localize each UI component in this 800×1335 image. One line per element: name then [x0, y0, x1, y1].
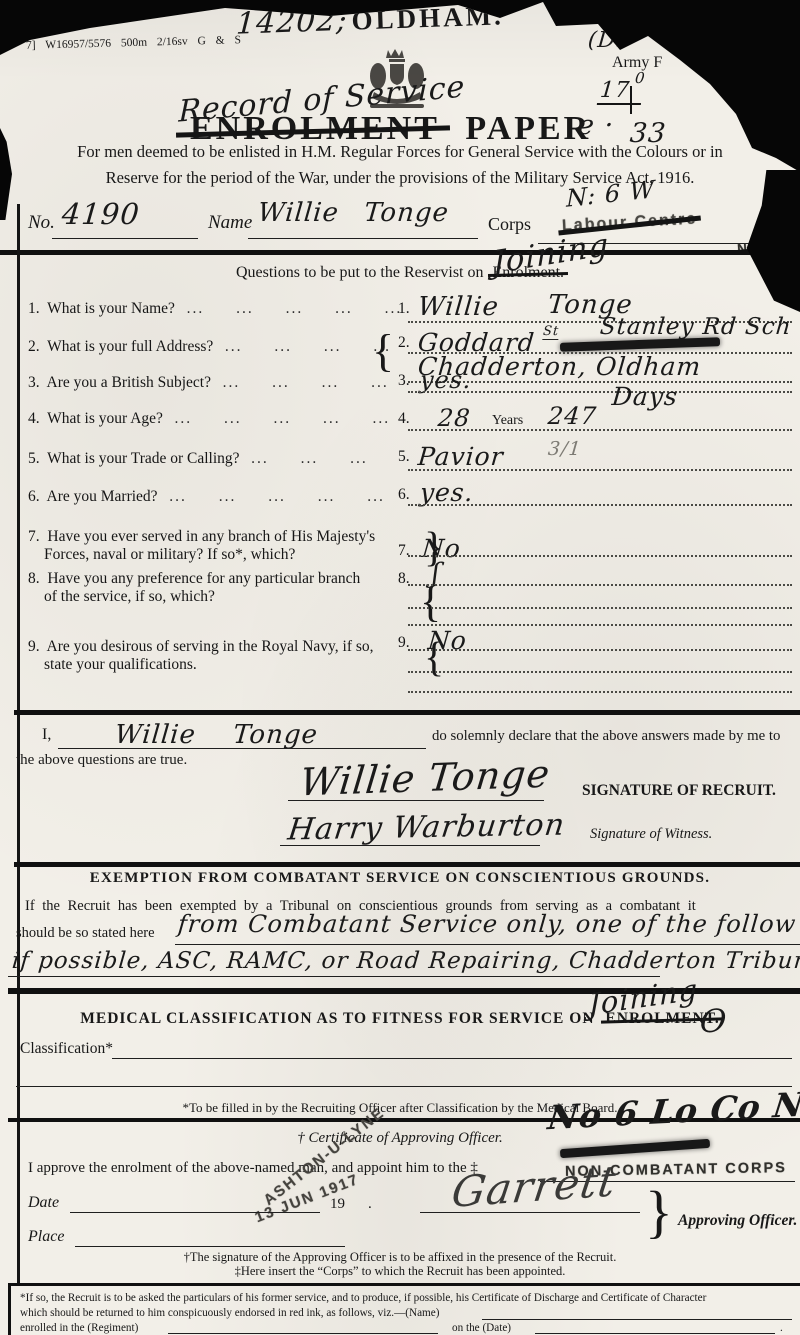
- answer-3-number: 3.: [398, 372, 410, 390]
- section-rule-1: [0, 250, 800, 255]
- witness-signature-label: Signature of Witness.: [590, 826, 712, 843]
- question-8-line2: of the service, if so, which?: [44, 588, 215, 606]
- section-rule-3: [14, 862, 800, 867]
- certificate-footnote-1: †The signature of the Approving Officer …: [0, 1250, 800, 1265]
- certificate-heading: † Certificate of Approving Officer.: [0, 1130, 800, 1147]
- subtitle-line2: Reserve for the period of the War, under…: [0, 168, 800, 188]
- exemption-handwriting-2: if possible, ASC, RAMC, or Road Repairin…: [11, 948, 800, 974]
- tally-mark: 17 0: [598, 78, 642, 105]
- medical-heading: MEDICAL CLASSIFICATION AS TO FITNESS FOR…: [0, 1010, 800, 1028]
- year-prefix: 19: [330, 1196, 345, 1213]
- years-label: Years: [492, 413, 523, 429]
- certificate-footnote-2: ‡Here insert the “Corps” to which the Re…: [0, 1264, 800, 1279]
- date-label: Date: [28, 1194, 59, 1212]
- title-annotation: e ·: [577, 110, 616, 141]
- no-label: No.: [28, 212, 55, 234]
- question-5: 5. What is your Trade or Calling? ... ..…: [28, 450, 368, 468]
- recruit-signature-label: SIGNATURE OF RECRUIT.: [582, 782, 776, 800]
- struck-word: [560, 337, 720, 352]
- answer-1a: Willie: [417, 292, 501, 322]
- answer-7-number: 7.: [398, 542, 410, 560]
- answer-2-number: 2.: [398, 334, 410, 352]
- date-dot: .: [368, 1196, 372, 1213]
- answer-5-number: 5.: [398, 448, 410, 466]
- question-7-line2: Forces, naval or military? If so*, which…: [44, 546, 295, 564]
- place-label: Place: [28, 1228, 64, 1246]
- witness-signature: Harry Warburton: [286, 808, 567, 848]
- name-underline: [248, 238, 478, 239]
- oldham-reference: 14202; OLDHAM.: [235, 0, 504, 42]
- footer-line1: *If so, the Recruit is to be asked the p…: [20, 1292, 706, 1304]
- question-7: 7. Have you ever served in any branch of…: [28, 528, 375, 546]
- declaration-i-label: I,: [42, 726, 51, 744]
- questions-heading: Questions to be put to the Reservist on …: [0, 264, 800, 282]
- footer-box-left-border: [8, 1283, 11, 1335]
- exemption-handwriting-1: from Combatant Service only, one of the …: [177, 910, 798, 938]
- approving-officer-label: Approving Officer.: [678, 1212, 797, 1230]
- reference-number: 14202;: [235, 3, 348, 42]
- approving-brace: }: [645, 1178, 673, 1245]
- medical-circle-mark: O: [698, 1002, 729, 1040]
- scanned-enrolment-paper: 7] W16957/5576 500m 2/16sv G & S 14202; …: [0, 0, 800, 1335]
- footer-line3c: .: [780, 1322, 783, 1334]
- officer-signature: Garrett: [449, 1156, 620, 1217]
- no-value: 4190: [61, 197, 142, 231]
- subtitle-line1: For men deemed to be enlisted in H.M. Re…: [0, 142, 800, 162]
- declaration-name: Willie Tonge: [114, 720, 320, 750]
- printer-code: 7] W16957/5576 500m 2/16sv G & S: [26, 34, 241, 52]
- question-4: 4. What is your Age? ... ... ... ... ...: [28, 410, 390, 428]
- declaration-text2: the above questions are true.: [16, 752, 187, 769]
- footer-line2: which should be returned to him conspicu…: [20, 1307, 439, 1319]
- exemption-heading: EXEMPTION FROM COMBATANT SERVICE ON CONS…: [0, 870, 800, 887]
- question-1: 1. What is your Name? ... ... ... ... ..…: [28, 300, 402, 318]
- questions-heading-text: Questions to be put to the Reservist on: [236, 264, 484, 281]
- left-border: [17, 204, 20, 1284]
- question-3: 3. Are you a British Subject? ... ... ..…: [28, 374, 389, 392]
- recruit-signature: Willie Tonge: [298, 752, 553, 805]
- paper-sheet: 7] W16957/5576 500m 2/16sv G & S 14202; …: [0, 0, 800, 1335]
- question-8: 8. Have you any preference for any parti…: [28, 570, 360, 588]
- question-9: 9. Are you desirous of serving in the Ro…: [28, 638, 374, 656]
- answer-1-number: 1.: [398, 300, 410, 318]
- certificate-corps-scrawl: No 6 Lo Co NCC: [546, 1082, 800, 1138]
- answer-2-sup: St: [542, 324, 560, 340]
- question-6: 6. Are you Married? ... ... ... ... ...: [28, 488, 385, 506]
- answer-5: Pavior: [417, 442, 505, 471]
- name-label: Name: [208, 212, 252, 234]
- exemption-body2: should be so stated here: [16, 925, 155, 942]
- section-rule-2: [14, 710, 800, 715]
- approve-text: I approve the enrolment of the above-nam…: [28, 1160, 478, 1177]
- question-2-brace: {: [372, 324, 394, 377]
- declaration-text1: do solemnly declare that the above answe…: [432, 728, 780, 745]
- footer-line3b: on the (Date): [452, 1322, 511, 1334]
- answer-2-above: Stanley Rd Sch: [599, 314, 793, 340]
- tally-stroke: [630, 86, 633, 114]
- classification-label: Classification*: [20, 1040, 113, 1058]
- answer-5-faint-note: 3/1: [547, 438, 583, 460]
- corps-label: Corps: [488, 214, 531, 235]
- answer-6: yes.: [419, 478, 475, 507]
- corner-scrawl: (DS: [587, 28, 633, 53]
- footer-box-top-border: [8, 1283, 800, 1286]
- days-handwriting: Days: [611, 382, 679, 411]
- oldham-stamp: OLDHAM.: [351, 0, 504, 35]
- answer-6-number: 6.: [398, 486, 410, 504]
- question-2: 2. What is your full Address? ... ... ..…: [28, 338, 391, 356]
- answer-4-years-value: 28: [437, 404, 472, 432]
- tally-side: 0: [635, 69, 647, 87]
- no-underline: [52, 238, 198, 239]
- footer-line3a: enrolled in the (Regiment): [20, 1322, 138, 1334]
- name-value: Willie Tonge: [257, 198, 451, 228]
- answer-3: yes.: [419, 366, 473, 394]
- answer-4-days-value: 247: [547, 402, 598, 430]
- answer-4-number: 4.: [398, 410, 410, 428]
- question-9-line2: state your qualifications.: [44, 656, 197, 674]
